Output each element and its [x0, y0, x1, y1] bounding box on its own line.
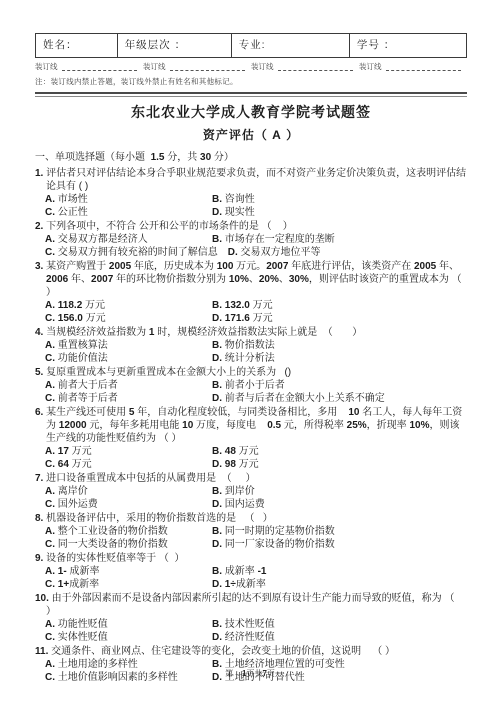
option: A. 重置核算法	[45, 339, 212, 352]
section-heading: 一、单项选择题（每小题 1.5 分，共 30 分）	[35, 151, 467, 164]
option: C. 156.0 万元	[45, 312, 212, 325]
binding-line-dash	[170, 70, 246, 71]
option: B. 成新率 -1	[212, 565, 467, 578]
option-row: C. 前者等于后者D. 前者与后者在金额大小上关系不确定	[35, 392, 467, 405]
option: C. 1+成新率	[45, 578, 212, 591]
binding-line-label: 装订线	[251, 60, 274, 73]
question: 8. 机器设备评估中，采用的物价指数首选的是 （ ）A. 整个工业设备的物价指数…	[35, 512, 467, 551]
question-stem: 8. 机器设备评估中，采用的物价指数首选的是 （ ）	[35, 512, 467, 525]
question: 4. 当规模经济效益指数为 1 时，规模经济效益指数法实际上就是 （ ）A. 重…	[35, 326, 467, 365]
option: D. 经济性贬值	[212, 631, 467, 644]
question-stem: 5. 复原重置成本与更新重置成本在金额大小上的关系为 ()	[35, 366, 467, 379]
option: A. 整个工业设备的物价指数	[45, 525, 212, 538]
option-row: C. 国外运费D. 国内运费	[35, 498, 467, 511]
option: A. 交易双方都是经济人	[45, 233, 212, 246]
student-id-field-label: 学号 ：	[357, 39, 395, 52]
binding-line-dash	[62, 70, 138, 71]
option-row: A. 重置核算法B. 物价指数法	[35, 339, 467, 352]
header-divider	[35, 92, 467, 97]
question-stem: 9. 设备的实体性贬值率等于 （ ）	[35, 552, 467, 565]
option: C. 交易双方拥有较充裕的时间了解信息	[45, 246, 228, 259]
option: D. 统计分析法	[212, 352, 467, 365]
question-stem: 1. 评估者只对评估结论本身合乎职业规范要求负责，而不对资产业务定价决策负责，这…	[35, 167, 467, 193]
major-field: 专业:	[232, 34, 350, 57]
binding-line-label: 装订线	[35, 60, 58, 73]
option: D. 交易双方地位平等	[228, 246, 467, 259]
questions: 1. 评估者只对评估结论本身合乎职业规范要求负责，而不对资产业务定价决策负责，这…	[35, 167, 467, 684]
option-row: C. 1+成新率D. 1÷成新率	[35, 578, 467, 591]
binding-line-segment: 装订线	[35, 60, 143, 73]
binding-line-segment: 装订线	[251, 60, 359, 73]
binding-line-dash	[386, 70, 462, 71]
question: 3. 某资产购置于 2005 年底，历史成本为 100 万元。2007 年底进行…	[35, 260, 467, 325]
option: C. 同一大类设备的物价指数	[45, 538, 212, 551]
option: B. 咨询性	[212, 193, 467, 206]
option: A. 前者大于后者	[45, 379, 212, 392]
question-stem: 2. 下列各项中，不符合 公开和公平的市场条件的是 （ ）	[35, 220, 467, 233]
option: C. 前者等于后者	[45, 392, 212, 405]
option-row: C. 156.0 万元D. 171.6 万元	[35, 312, 467, 325]
option-row: A. 市场性B. 咨询性	[35, 193, 467, 206]
option: C. 实体性贬值	[45, 631, 212, 644]
question-stem: 4. 当规模经济效益指数为 1 时，规模经济效益指数法实际上就是 （ ）	[35, 326, 467, 339]
binding-line-dash	[278, 70, 354, 71]
question: 1. 评估者只对评估结论本身合乎职业规范要求负责，而不对资产业务定价决策负责，这…	[35, 167, 467, 219]
binding-note: 注：装订线内禁止答题，装订线外禁止有姓名和其他标记。	[35, 75, 467, 88]
option: B. 市场存在一定程度的垄断	[212, 233, 467, 246]
option-row: A. 整个工业设备的物价指数B. 同一时期的定基物价指数	[35, 525, 467, 538]
option: A. 118.2 万元	[45, 299, 212, 312]
option: C. 公正性	[45, 206, 212, 219]
binding-line-segment: 装订线	[143, 60, 251, 73]
option: D. 98 万元	[212, 458, 467, 471]
option: A. 离岸价	[45, 485, 212, 498]
option-row: C. 功能价值法D. 统计分析法	[35, 352, 467, 365]
question: 9. 设备的实体性贬值率等于 （ ）A. 1- 成新率B. 成新率 -1C. 1…	[35, 552, 467, 591]
exam-page: 姓名： 年级层次 ： 专业: 学号 ： 装订线 装订线 装订线 装订线 注：装订…	[0, 0, 500, 708]
option-row: C. 公正性D. 现实性	[35, 206, 467, 219]
option: B. 到岸价	[212, 485, 467, 498]
option: D. 国内运费	[212, 498, 467, 511]
major-field-label: 专业:	[239, 39, 266, 52]
grade-level-field: 年级层次 ：	[118, 34, 232, 57]
option: D. 171.6 万元	[212, 312, 467, 325]
option-row: A. 前者大于后者B. 前者小于后者	[35, 379, 467, 392]
question: 2. 下列各项中，不符合 公开和公平的市场条件的是 （ ）A. 交易双方都是经济…	[35, 220, 467, 259]
student-id-field: 学号 ：	[350, 34, 466, 57]
option-row: A. 离岸价B. 到岸价	[35, 485, 467, 498]
option: B. 前者小于后者	[212, 379, 467, 392]
option: D. 1÷成新率	[212, 578, 467, 591]
binding-line-label: 装订线	[143, 60, 166, 73]
subject-title: 资产评估（ A ）	[35, 129, 467, 142]
question-stem: 10. 由于外部因素而不是设备内部因素所引起的达不到原有设计生产能力而导致的贬值…	[35, 592, 467, 618]
option: C. 功能价值法	[45, 352, 212, 365]
option: A. 1- 成新率	[45, 565, 212, 578]
grade-level-field-label: 年级层次 ：	[125, 39, 186, 52]
option-row: C. 实体性贬值D. 经济性贬值	[35, 631, 467, 644]
option-row: C. 交易双方拥有较充裕的时间了解信息D. 交易双方地位平等	[35, 246, 467, 259]
option: B. 132.0 万元	[212, 299, 467, 312]
question-stem: 11. 交通条件、商业网点、住宅建设等的变化，会改变土地的价值，这说明 （ ）	[35, 645, 467, 658]
name-field-label: 姓名：	[43, 39, 78, 52]
option: A. 功能性贬值	[45, 618, 212, 631]
question: 7. 进口设备重置成本中包括的从属费用是 （ ）A. 离岸价B. 到岸价C. 国…	[35, 472, 467, 511]
option: D. 前者与后者在金额大小上关系不确定	[212, 392, 467, 405]
option: C. 国外运费	[45, 498, 212, 511]
option-row: A. 1- 成新率B. 成新率 -1	[35, 565, 467, 578]
option: B. 物价指数法	[212, 339, 467, 352]
question: 5. 复原重置成本与更新重置成本在金额大小上的关系为 ()A. 前者大于后者B.…	[35, 366, 467, 405]
option: A. 17 万元	[45, 445, 212, 458]
binding-line-segment: 装订线	[359, 60, 467, 73]
option: A. 市场性	[45, 193, 212, 206]
option-row: C. 同一大类设备的物价指数D. 同一厂家设备的物价指数	[35, 538, 467, 551]
option: B. 48 万元	[212, 445, 467, 458]
option: D. 同一厂家设备的物价指数	[212, 538, 467, 551]
divider-thick-line	[35, 92, 467, 94]
option-row: A. 17 万元B. 48 万元	[35, 445, 467, 458]
question: 10. 由于外部因素而不是设备内部因素所引起的达不到原有设计生产能力而导致的贬值…	[35, 592, 467, 644]
question-stem: 6. 某生产线还可使用 5 年，自动化程度较低，与同类设备相比，多用 10 名工…	[35, 406, 467, 445]
exam-title: 东北农业大学成人教育学院考试题签	[35, 106, 467, 119]
option-row: A. 交易双方都是经济人B. 市场存在一定程度的垄断	[35, 233, 467, 246]
option-row: C. 64 万元D. 98 万元	[35, 458, 467, 471]
binding-line-row: 装订线 装订线 装订线 装订线	[35, 62, 467, 73]
option: B. 技术性贬值	[212, 618, 467, 631]
student-info-table: 姓名： 年级层次 ： 专业: 学号 ：	[35, 33, 467, 58]
question: 6. 某生产线还可使用 5 年，自动化程度较低，与同类设备相比，多用 10 名工…	[35, 406, 467, 471]
binding-line-label: 装订线	[359, 60, 382, 73]
name-field: 姓名：	[36, 34, 118, 57]
divider-thin-line	[35, 96, 467, 97]
question-stem: 7. 进口设备重置成本中包括的从属费用是 （ ）	[35, 472, 467, 485]
option-row: A. 118.2 万元B. 132.0 万元	[35, 299, 467, 312]
option-row: A. 功能性贬值B. 技术性贬值	[35, 618, 467, 631]
question-stem: 3. 某资产购置于 2005 年底，历史成本为 100 万元。2007 年底进行…	[35, 260, 467, 299]
page-footer: 第 1页共7页	[0, 667, 500, 680]
option: D. 现实性	[212, 206, 467, 219]
option: C. 64 万元	[45, 458, 212, 471]
option: B. 同一时期的定基物价指数	[212, 525, 467, 538]
